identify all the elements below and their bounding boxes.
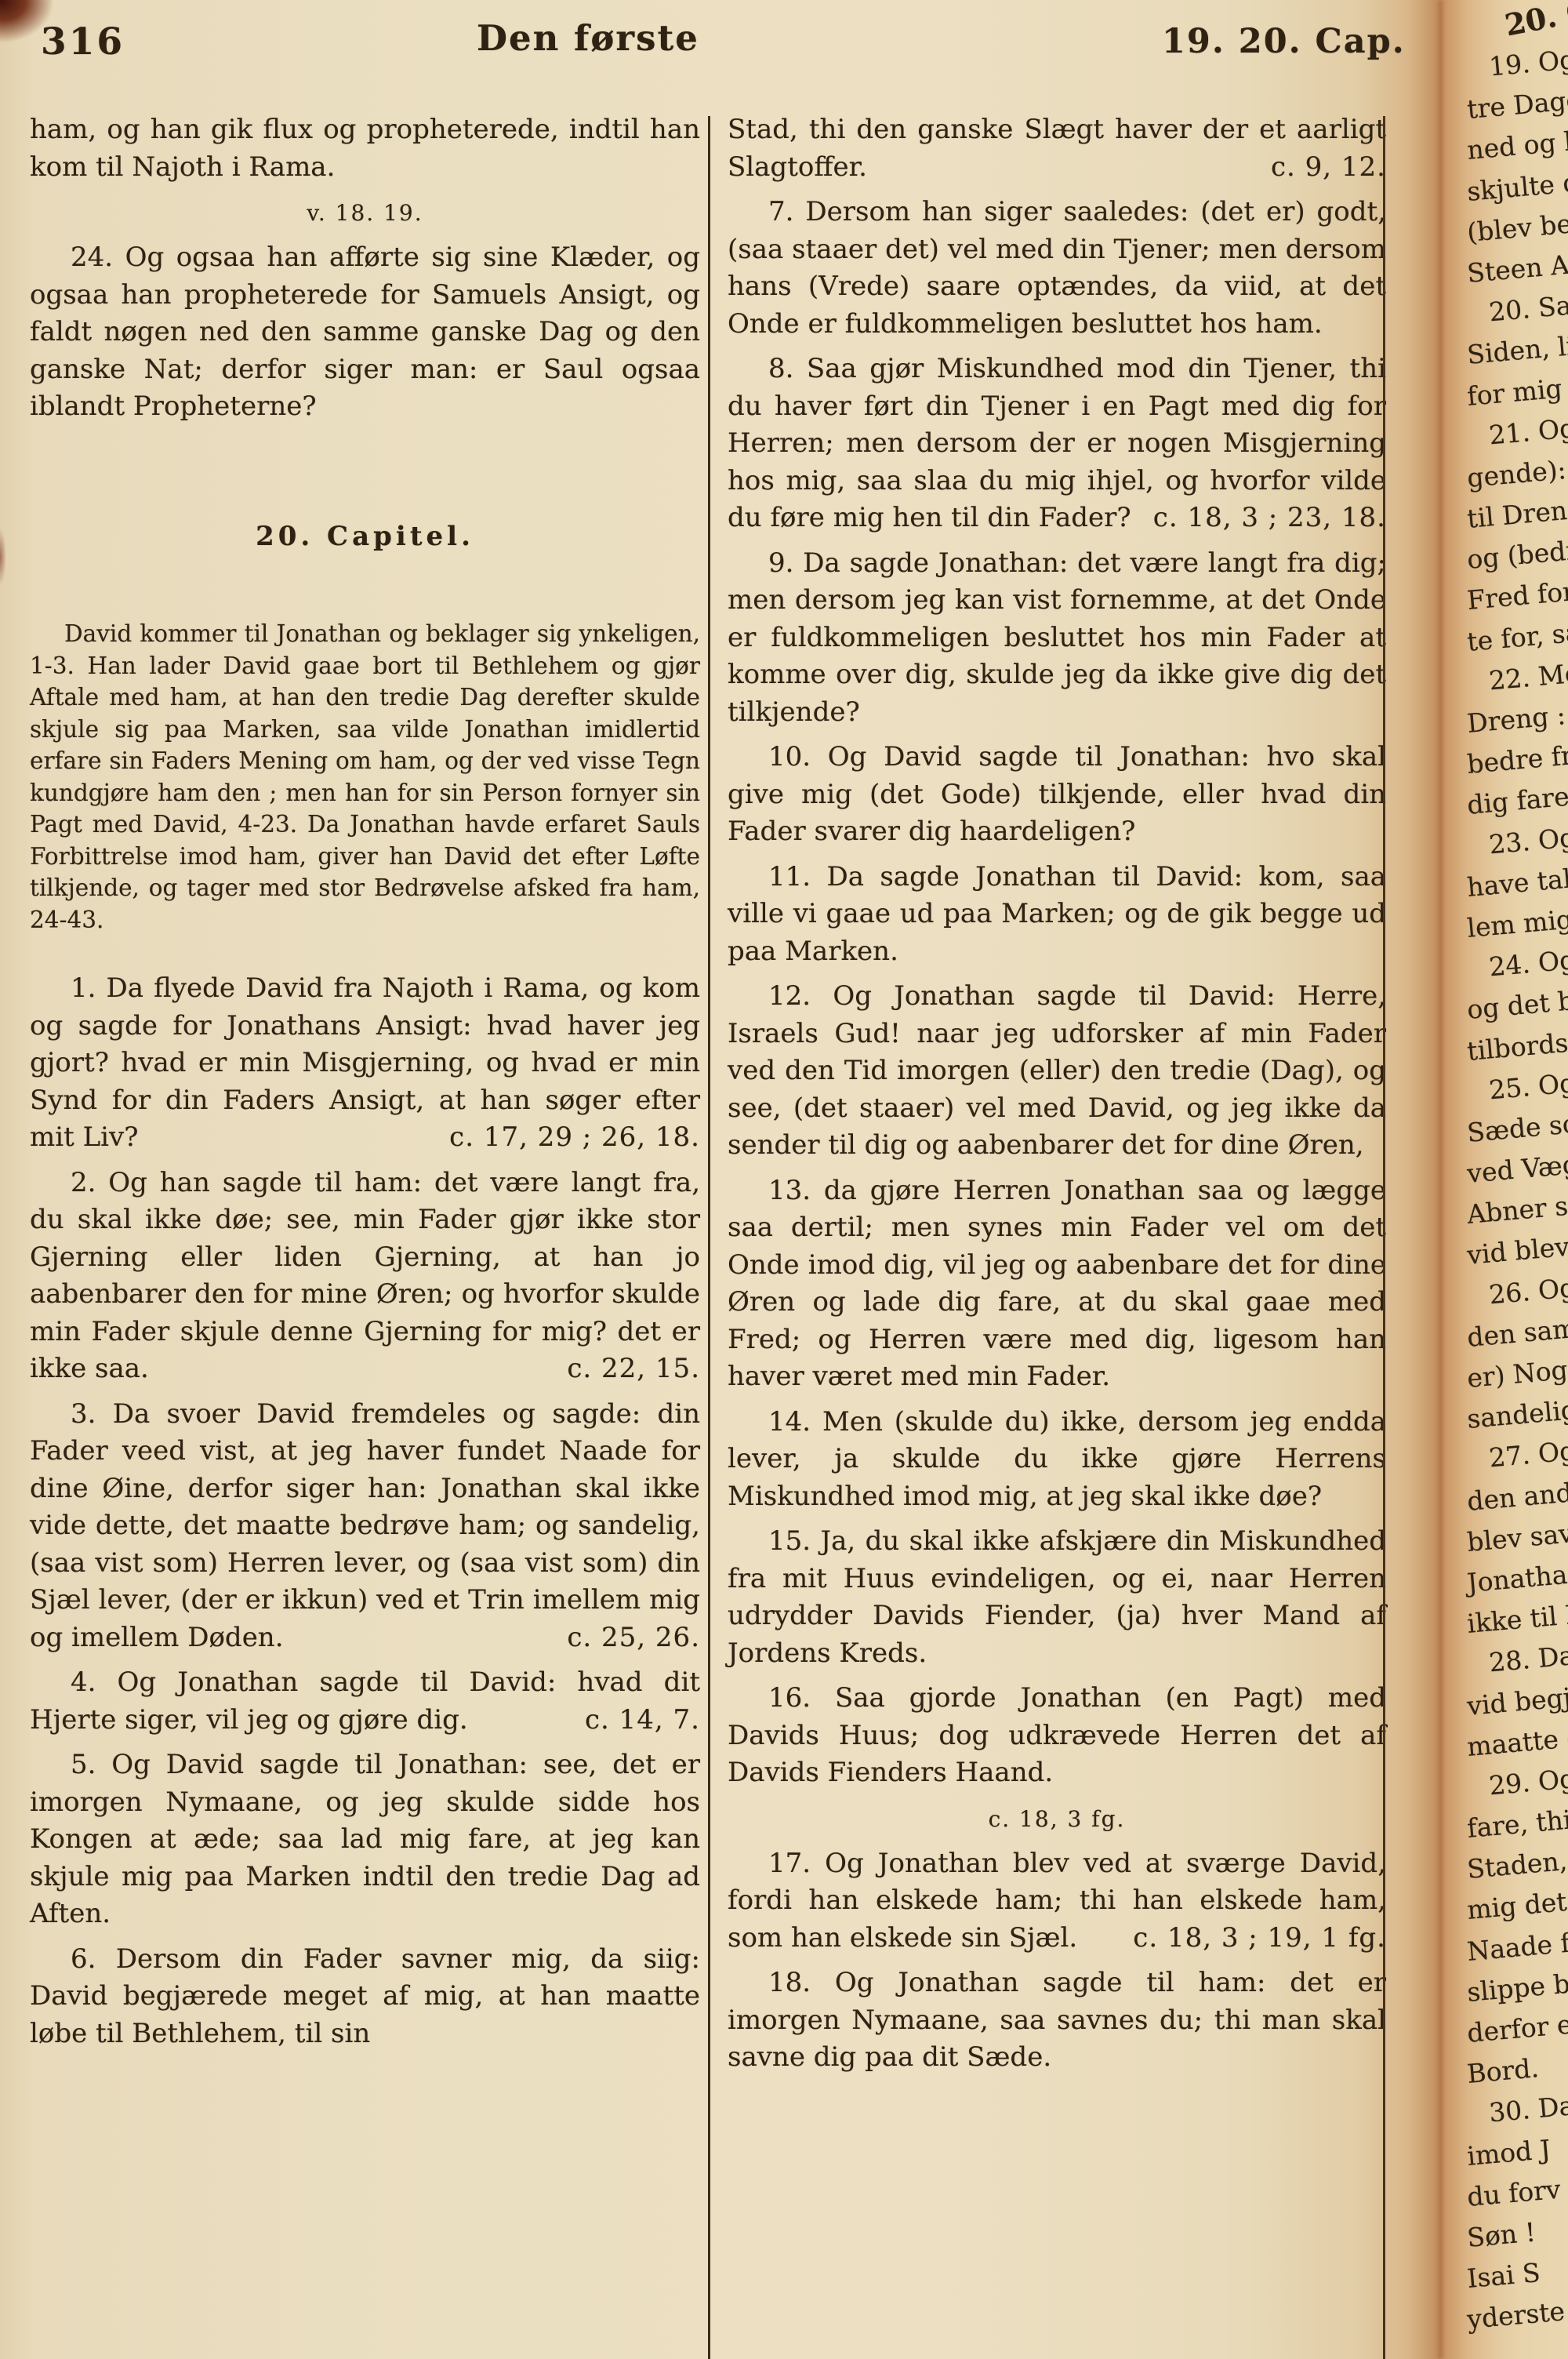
continuation-paragraph: ham, og han gik flux og propheterede, in… (30, 111, 700, 186)
cross-reference: c. 22, 15. (567, 1350, 700, 1388)
cross-reference: c. 18, 3 ; 23, 18. (1153, 500, 1386, 537)
adjacent-running-chapter: 20. Cap. (1502, 0, 1568, 43)
verse-paragraph: 6. Dersom din Fader savner mig, da siig:… (30, 1941, 700, 2053)
verse-paragraph: 24. Og ogsaa han afførte sig sine Klæder… (30, 239, 700, 426)
verse-paragraph: 10. Og David sagde til Jonathan: hvo ska… (728, 739, 1386, 851)
right-column: Stad, thi den ganske Slægt haver der et … (728, 111, 1386, 2085)
gutter-crease (1438, 0, 1443, 2359)
cross-reference: c. 17, 29 ; 26, 18. (449, 1119, 700, 1157)
scanned-bible-page: { "header": { "page_number": "316", "run… (0, 0, 1568, 2359)
adjacent-page-edge: 20. Cap. 19. Ogtre Dage, skned og komskj… (1457, 0, 1568, 2359)
verse-paragraph: 3. Da svoer David fremdeles og sagde: di… (30, 1396, 700, 1657)
cross-reference: c. 9, 12. (1271, 149, 1386, 187)
verse-paragraph: 8. Saa gjør Miskundhed mod din Tjener, t… (728, 351, 1386, 537)
adjacent-text-column: 19. Ogtre Dage, skned og komskjulte dig(… (1468, 53, 1568, 2346)
continuation-paragraph: Stad, thi den ganske Slægt haver der et … (728, 111, 1386, 186)
verse-paragraph: 7. Dersom han siger saaledes: (det er) g… (728, 194, 1386, 343)
verse-reference: v. 18. 19. (30, 200, 700, 227)
verse-paragraph: 4. Og Jonathan sagde til David: hvad dit… (30, 1664, 700, 1739)
verse-reference: c. 18, 3 fg. (728, 1806, 1386, 1833)
verse-paragraph: 14. Men (skulde du) ikke, dersom jeg end… (728, 1404, 1386, 1516)
cross-reference: c. 18, 3 ; 19, 1 fg. (1133, 1920, 1386, 1957)
running-chapter: 19. 20. Cap. (1162, 22, 1406, 61)
left-column: ham, og han gik flux og propheterede, in… (30, 111, 700, 2060)
chapter-heading: 20. Capitel. (30, 518, 700, 556)
verse-paragraph: 11. Da sagde Jonathan til David: kom, sa… (728, 859, 1386, 971)
running-title: Den første (477, 17, 699, 59)
cross-reference: c. 14, 7. (585, 1702, 700, 1739)
verse-paragraph: 17. Og Jonathan blev ved at sværge David… (728, 1845, 1386, 1957)
cross-reference: c. 25, 26. (567, 1619, 700, 1657)
verse-paragraph: 2. Og han sagde til ham: det være langt … (30, 1165, 700, 1388)
verse-paragraph: 16. Saa gjorde Jonathan (en Pagt) med Da… (728, 1680, 1386, 1792)
column-divider-rule (708, 116, 710, 2359)
verse-paragraph: 15. Ja, du skal ikke afskjære din Miskun… (728, 1523, 1386, 1672)
verse-paragraph: 13. da gjøre Herren Jonathan saa og lægg… (728, 1172, 1386, 1396)
verse-paragraph: 9. Da sagde Jonathan: det være langt fra… (728, 545, 1386, 732)
verse-paragraph: 1. Da flyede David fra Najoth i Rama, og… (30, 970, 700, 1157)
verse-paragraph: 18. Og Jonathan sagde til ham: det er im… (728, 1965, 1386, 2077)
verse-paragraph: 5. Og David sagde til Jonathan: see, det… (30, 1747, 700, 1933)
chapter-summary-block: David kommer til Jonathan og beklager si… (30, 618, 700, 936)
chapter-summary: David kommer til Jonathan og beklager si… (30, 618, 700, 936)
page-edge-rule (1383, 116, 1385, 2359)
verse-paragraph: 12. Og Jonathan sagde til David: Herre, … (728, 978, 1386, 1165)
page-number: 316 (41, 20, 125, 64)
